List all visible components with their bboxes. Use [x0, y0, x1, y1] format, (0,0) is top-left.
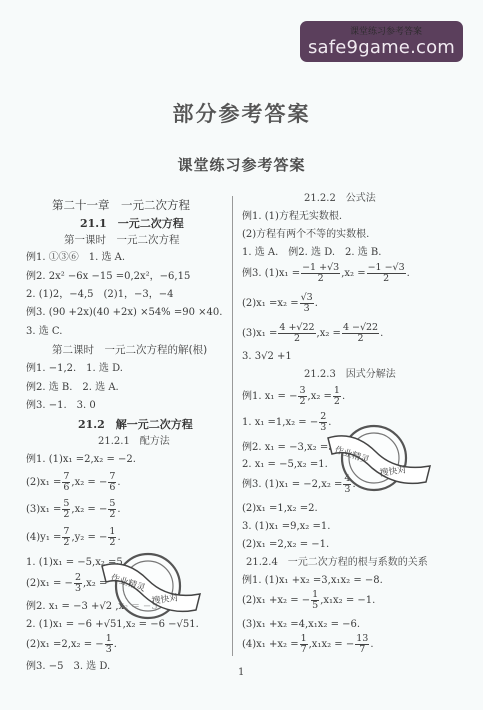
svg-text:作业精灵: 作业精灵: [109, 571, 147, 594]
lesson-heading: 第一课时 一元二次方程: [64, 235, 180, 246]
answer-line: (2)x₁ = −23,x₂ =: [26, 573, 107, 594]
answer-line: (4)y₁ =72,y₂ = −12.: [26, 527, 121, 548]
subsection-heading: 21.2.2 公式法: [304, 194, 376, 204]
page-title: 部分参考答案: [0, 98, 483, 128]
answer-line: (3)x₁ +x₂ =4,x₁x₂ = −6.: [242, 620, 360, 630]
answer-line: (2)x₁ +x₂ = −15,x₁x₂ = −1.: [242, 590, 375, 611]
answer-line: 例1. (1)x₁ =2,x₂ = −2.: [26, 455, 136, 465]
watermark-text: safe9game.com: [308, 37, 455, 58]
subsection-heading: 21.2.3 因式分解法: [304, 370, 396, 380]
answer-line: (3)x₁ =4 +√222,x₂ =4 −√222.: [242, 323, 383, 344]
answer-line: 3. (1)x₁ =9,x₂ =1.: [242, 522, 330, 532]
subsection-heading: 21.2.1 配方法: [98, 437, 170, 447]
answer-line: (2)方程有两个不等的实数根.: [242, 230, 369, 240]
svg-text:搜快对: 搜快对: [379, 463, 407, 479]
answer-line: 例3. (90 +2x)(40 +2x) ×54% =90 ×40.: [26, 308, 222, 318]
answer-line: 1. 选 A. 例2. 选 D. 2. 选 B.: [242, 248, 381, 258]
answer-line: 例1. ①③⑥ 1. 选 A.: [26, 253, 125, 263]
answer-line: 例2. x₁ = −3 +√2 ,x₂ = −3 −√2.: [26, 602, 185, 612]
subsection-heading: 21.2.4 一元二次方程的根与系数的关系: [246, 558, 428, 568]
document-page: safe9game.com 课堂练习参考答案 部分参考答案 课堂练习参考答案 第…: [0, 0, 483, 710]
answer-line: 2. x₁ = −5,x₂ =1.: [242, 460, 328, 470]
answer-line: (2)x₁ =x₂ =√33.: [242, 293, 318, 314]
answer-line: 例3. (1)x₁ =−1 +√32,x₂ =−1 −√32.: [242, 263, 410, 284]
svg-text:作业精灵: 作业精灵: [333, 443, 371, 466]
answer-line: 例3. −5 3. 选 D.: [26, 662, 110, 672]
section-heading: 21.1 一元二次方程: [80, 218, 184, 229]
answer-line: 例1. (1)方程无实数根.: [242, 212, 342, 222]
page-number: 1: [238, 667, 244, 678]
lesson-heading: 第二课时 一元二次方程的解(根): [52, 345, 207, 356]
answer-line: 3. 选 C.: [26, 327, 62, 337]
answer-line: 例1. −1,2. 1. 选 D.: [26, 364, 123, 374]
answer-line: (2)x₁ =76,x₂ = −76.: [26, 472, 121, 493]
section-title: 课堂练习参考答案: [0, 154, 483, 175]
answer-line: 1. (1)x₁ = −5,x₂ =5.: [26, 558, 126, 568]
answer-line: (4)x₁ +x₂ =17,x₁x₂ = −137.: [242, 634, 374, 655]
answer-line: 2. (1)x₁ = −6 +√51,x₂ = −6 −√51.: [26, 620, 199, 630]
answer-line: 2. (1)2，−4,5 (2)1，−3，−4: [26, 290, 174, 300]
answer-line: 1. x₁ =1,x₂ = −23.: [242, 412, 331, 433]
answer-line: 例1. x₁ = −32,x₂ =12.: [242, 386, 345, 407]
section-heading: 21.2 解一元二次方程: [78, 419, 193, 430]
answer-line: (2)x₁ =2,x₂ = −13.: [26, 634, 117, 655]
running-header: 课堂练习参考答案: [350, 24, 422, 37]
column-divider: [232, 196, 233, 656]
answer-line: 例2. x₁ = −3,x₂ =3.: [242, 443, 338, 453]
answer-line: (3)x₁ =52,x₂ = −52.: [26, 499, 121, 520]
answer-line: 例2. 2x² −6x −15 =0,2x²，−6,15: [26, 272, 190, 282]
answer-line: 例3. −1. 3. 0: [26, 401, 96, 411]
answer-line: 例3. (1)x₁ = −2,x₂ =43.: [242, 474, 356, 495]
answer-line: (2)x₁ =1,x₂ =2.: [242, 504, 318, 514]
answer-line: 例1. (1)x₁ +x₂ =3,x₁x₂ = −8.: [242, 576, 383, 586]
answer-line: (2)x₁ =2,x₂ = −1.: [242, 540, 329, 550]
answer-line: 3. 3√2 +1: [242, 352, 292, 362]
chapter-heading: 第二十一章 一元二次方程: [52, 200, 190, 212]
answer-line: 例2. 选 B. 2. 选 A.: [26, 383, 119, 393]
